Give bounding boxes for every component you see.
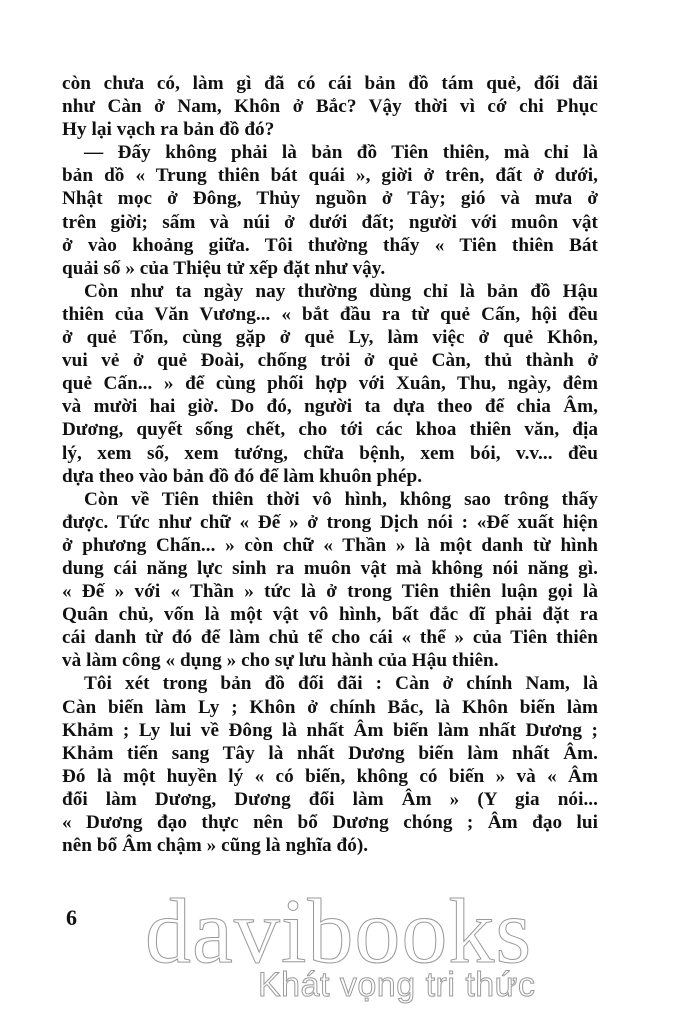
text-line: « Đế » với « Thần » tức là ở trong Tiên … bbox=[62, 580, 598, 603]
text-line: trên giời; sấm và núi ở dưới đất; người … bbox=[62, 211, 598, 234]
text-line: « Dương đạo thực nên bổ Dương chóng ; Âm… bbox=[62, 811, 598, 834]
text-line: đổi làm Dương, Dương đổi làm Âm » (Y gia… bbox=[62, 788, 598, 811]
text-line: Dương, quyết sống chết, cho tới các khoa… bbox=[62, 418, 598, 441]
text-line: Quân chủ, vốn là một vật vô hình, bất đắ… bbox=[62, 603, 598, 626]
text-line: dung cái năng lực sinh ra muôn vật mà kh… bbox=[62, 557, 598, 580]
text-line: ở quẻ Tốn, cùng gặp ở quẻ Ly, làm việc ở… bbox=[62, 326, 598, 349]
text-line: bản dồ « Trung thiên bát quái », giời ở … bbox=[62, 164, 598, 187]
text-line: ở vào khoảng giữa. Tôi thường thấy « Tiê… bbox=[62, 234, 598, 257]
text-line: Khảm ; Ly lui về Đông là nhất Âm biến là… bbox=[62, 719, 598, 742]
text-line: ở phương Chấn... » còn chữ « Thần » là m… bbox=[62, 534, 598, 557]
watermark-brand: davibooks bbox=[145, 885, 585, 977]
text-line: — Đấy không phải là bản đồ Tiên thiên, m… bbox=[62, 141, 598, 164]
text-line: được. Tức như chữ « Đế » ở trong Dịch nó… bbox=[62, 511, 598, 534]
text-line: thiên của Văn Vương... « bắt đầu ra từ q… bbox=[62, 303, 598, 326]
text-line: Nhật mọc ở Đông, Thủy nguồn ở Tây; gió v… bbox=[62, 187, 598, 210]
text-line: Khảm tiến sang Tây là nhất Dương biến là… bbox=[62, 742, 598, 765]
text-line: Càn biến làm Ly ; Khôn ở chính Bắc, là K… bbox=[62, 696, 598, 719]
watermark-tagline: Khát vọng tri thức bbox=[258, 967, 535, 1003]
text-line: Hy lại vạch ra bản đồ đó? bbox=[62, 118, 598, 141]
text-line: Còn như ta ngày nay thường dùng chỉ là b… bbox=[62, 280, 598, 303]
text-line: còn chưa có, làm gì đã có cái bản đồ tám… bbox=[62, 72, 598, 95]
text-line: quải số » của Thiệu tử xếp đặt như vậy. bbox=[62, 257, 598, 280]
text-line: lý, xem số, xem tướng, chữa bệnh, xem bó… bbox=[62, 442, 598, 465]
text-line: vui vẻ ở quẻ Đoài, chống trỏi ở quẻ Càn,… bbox=[62, 349, 598, 372]
text-line: nên bổ Âm chậm » cũng là nghĩa đó). bbox=[62, 834, 598, 857]
text-line: quẻ Cấn... » để cùng phối hợp với Xuân, … bbox=[62, 372, 598, 395]
text-line: và mười hai giờ. Do đó, người ta dựa the… bbox=[62, 395, 598, 418]
book-page-text: còn chưa có, làm gì đã có cái bản đồ tám… bbox=[62, 72, 598, 857]
text-line: dựa theo vào bản đồ đó để làm khuôn phép… bbox=[62, 465, 598, 488]
text-line: như Càn ở Nam, Khôn ở Bắc? Vậy thời vì c… bbox=[62, 95, 598, 118]
page-number: 6 bbox=[66, 905, 77, 931]
text-line: Đó là một huyền lý « có biến, không có b… bbox=[62, 765, 598, 788]
text-line: cái danh từ đó để làm chủ tể cho cái « t… bbox=[62, 626, 598, 649]
text-line: Tôi xét trong bản đồ đối đãi : Càn ở chí… bbox=[62, 672, 598, 695]
text-line: Còn về Tiên thiên thời vô hình, không sa… bbox=[62, 488, 598, 511]
text-line: và làm công « dụng » cho sự lưu hành của… bbox=[62, 649, 598, 672]
